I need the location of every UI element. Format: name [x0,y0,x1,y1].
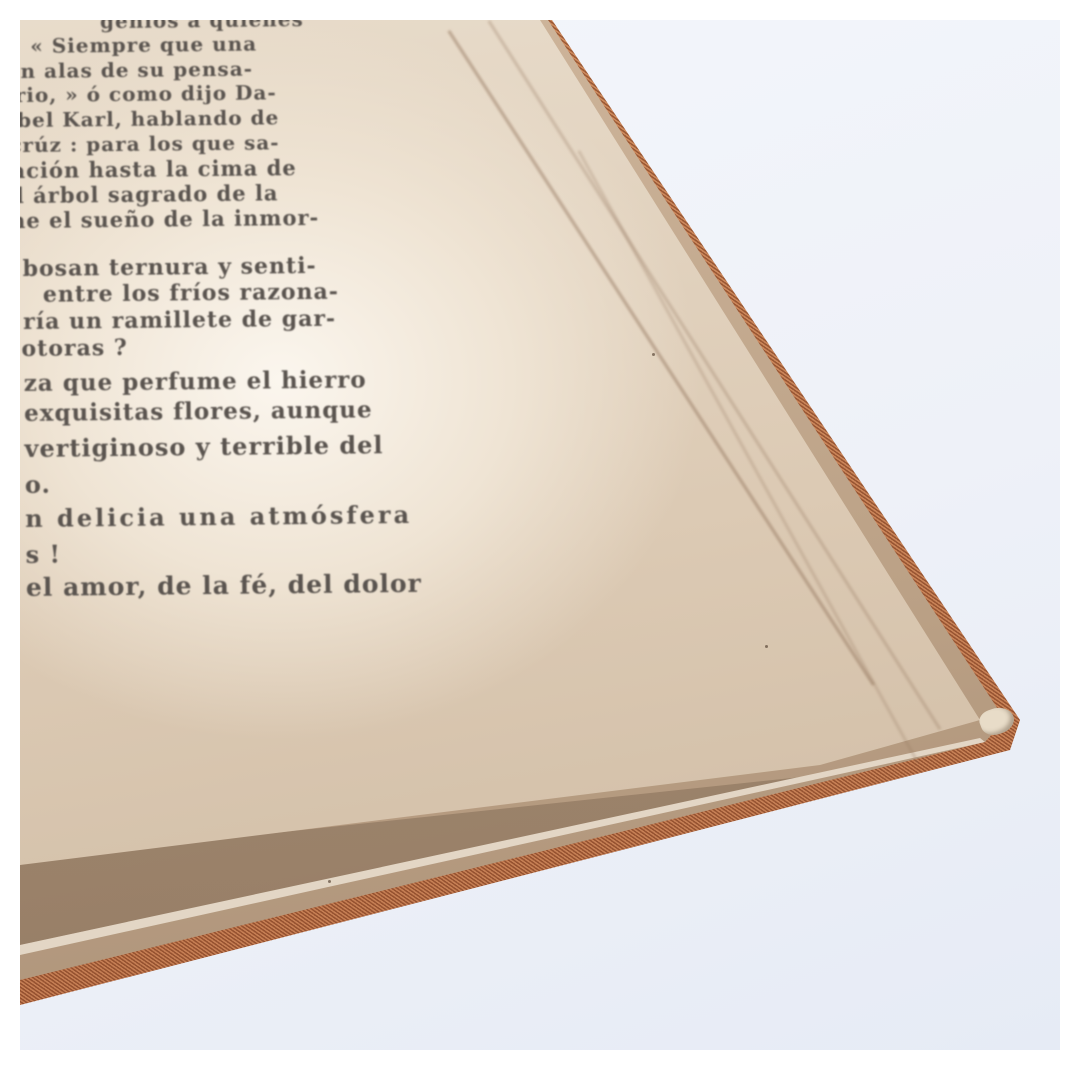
text-line: vertiginoso y terrible del [24,430,383,463]
text-line: crúz : para los que sa- [20,130,280,157]
text-line: l árbol sagrado de la [20,180,279,208]
page-speck [652,353,655,356]
text-line: ne el sueño de la inmor- [20,205,319,233]
text-line: n delicia una atmósfera [25,500,412,533]
text-line: exquisitas flores, aunque [24,396,373,427]
text-line: bosan ternura y senti- [22,253,316,282]
page-speck [328,880,331,883]
photo-frame: genios á quienes « Siempre que una n ala… [20,20,1060,1050]
text-line: entre los fríos razona- [43,279,339,308]
text-line: « Siempre que una [30,32,257,58]
text-line: el amor, de la fé, del dolor [26,569,422,602]
text-line: s ! [25,540,61,569]
text-line: n alas de su pensa- [20,57,253,83]
text-line: o. [25,470,51,499]
text-line: otoras ? [21,335,128,362]
text-line: ación hasta la cima de [20,155,297,183]
page-speck [765,645,768,648]
text-line: ría un ramillete de gar- [23,306,336,335]
text-line: bel Karl, hablando de [20,105,279,132]
text-line: rio, » ó como dijo Da- [20,80,277,107]
text-line: za que perfume el hierro [24,366,367,397]
